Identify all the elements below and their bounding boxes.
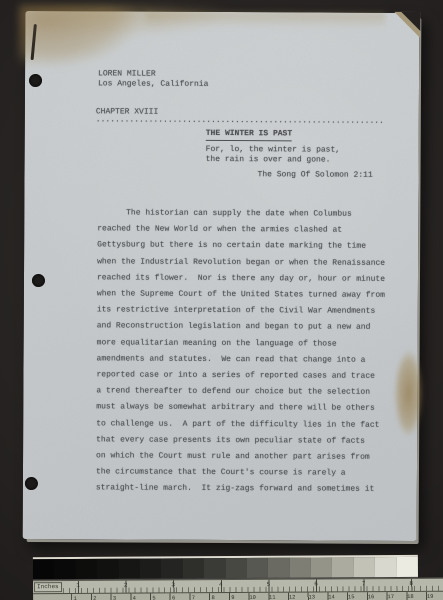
wedge-step: [397, 557, 419, 577]
wedge-step: [247, 558, 269, 578]
cm-number: 15: [348, 594, 355, 600]
cm-number: 19: [427, 594, 434, 600]
wedge-step: [183, 558, 205, 578]
cm-number: 4: [133, 596, 136, 600]
wedge-step: [97, 559, 119, 579]
cm-number: 6: [172, 595, 175, 600]
author-name: LOREN MILLER: [98, 69, 156, 78]
author-location: Los Angeles, California: [98, 79, 208, 89]
grayscale-step-wedge: [33, 555, 418, 579]
cm-number: 9: [231, 595, 234, 600]
wedge-step: [332, 557, 354, 577]
wedge-step: [290, 558, 312, 578]
wedge-step: [225, 558, 247, 578]
wedge-step: [33, 559, 55, 579]
inch-number: 8: [409, 580, 413, 587]
cm-number: 11: [269, 595, 276, 600]
cm-number: 13: [308, 595, 315, 600]
cm-number: 18: [407, 594, 414, 600]
wedge-step: [161, 558, 183, 578]
calibration-ruler: Inches 1 2 3 4 5 6 7 8 1 2 3 4 5 6 7 8 9: [33, 555, 443, 600]
wedge-step: [204, 558, 226, 578]
epigraph: For, lo, the winter is past, the rain is…: [206, 145, 341, 166]
wedge-step: [354, 557, 376, 577]
inch-number: 2: [124, 582, 128, 589]
cm-number: 2: [93, 596, 96, 600]
centimeter-scale: 1 2 3 4 5 6 7 8 9 10 11 12 13 14 15 16 1…: [33, 592, 443, 600]
wedge-step: [375, 557, 397, 577]
inch-number: 7: [362, 580, 366, 587]
wedge-step: [118, 559, 140, 579]
document-page: LOREN MILLER Los Angeles, California CHA…: [23, 11, 420, 541]
scanned-photo-background: LOREN MILLER Los Angeles, California CHA…: [0, 0, 443, 600]
wedge-step: [140, 558, 162, 578]
cm-number: 10: [249, 595, 256, 600]
cm-number: 8: [212, 595, 215, 600]
cm-number: 12: [289, 595, 296, 600]
stain-top-edge: [145, 12, 385, 29]
author-block: LOREN MILLER Los Angeles, California: [98, 69, 209, 90]
ruler-scale: Inches 1 2 3 4 5 6 7 8 1 2 3 4 5 6 7 8 9: [33, 578, 443, 600]
cm-number: 17: [387, 594, 394, 600]
punch-hole-top: [29, 74, 42, 87]
inch-number: 3: [171, 581, 175, 588]
wedge-step: [311, 557, 333, 577]
cm-number: 7: [192, 595, 195, 600]
stain-right-edge: [383, 343, 426, 469]
folded-corner-cut: [401, 12, 420, 31]
epigraph-attribution: The Song Of Solomon 2:11: [258, 170, 373, 181]
cm-number: 3: [113, 596, 116, 600]
cm-number: 16: [368, 594, 375, 600]
wedge-step: [76, 559, 98, 579]
inch-number: 4: [219, 581, 223, 588]
cm-number: 14: [328, 594, 335, 600]
cm-number: 1: [73, 596, 76, 600]
cm-number: 5: [152, 596, 155, 600]
body-text: The historian can supply the date when C…: [96, 205, 386, 498]
wedge-step: [54, 559, 76, 579]
wedge-step: [268, 558, 290, 578]
dotted-rule: ........................................…: [96, 115, 384, 127]
punch-hole-bottom: [25, 477, 38, 490]
inch-number: 1: [76, 582, 80, 589]
inch-number: 5: [267, 581, 271, 588]
pen-mark: [31, 24, 37, 60]
inch-number: 6: [314, 581, 318, 588]
inches-label: Inches: [34, 582, 62, 592]
punch-hole-middle: [32, 274, 45, 287]
chapter-title: THE WINTER IS PAST: [206, 129, 292, 141]
